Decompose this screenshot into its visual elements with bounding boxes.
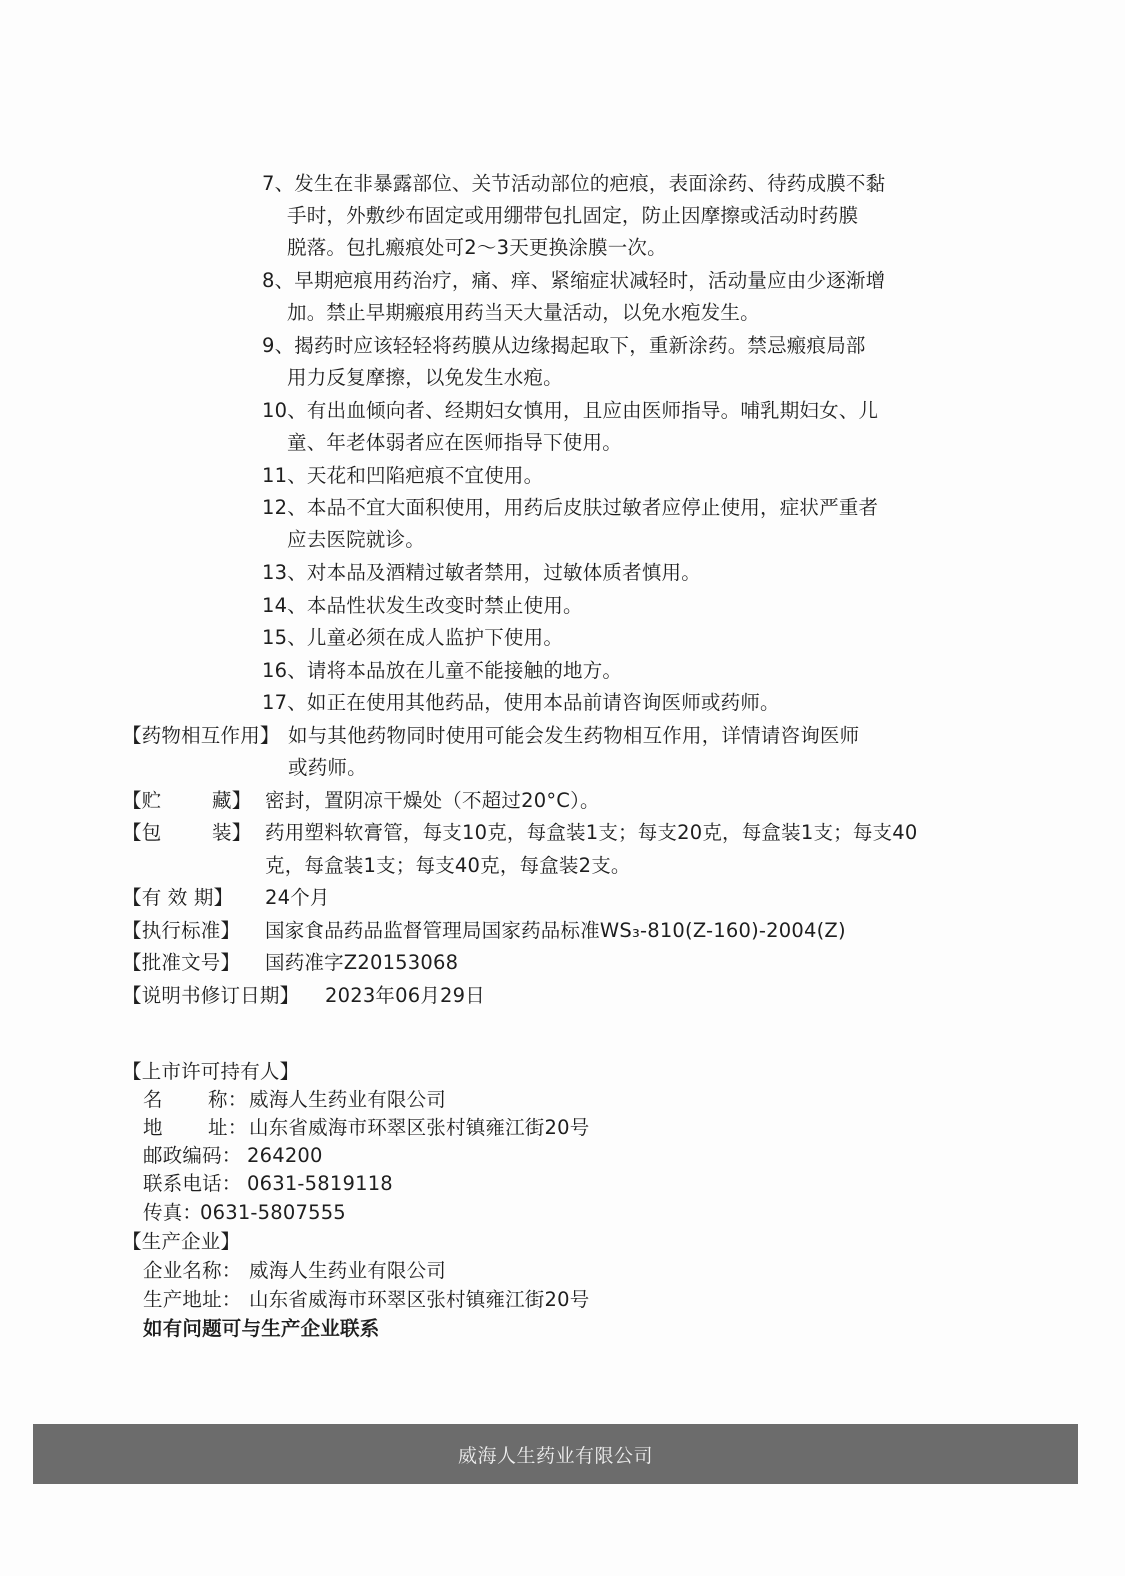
package-text-line-1: 药用塑料软膏管，每支10克，每盒装1支；每支20克，每盒装1支；每支40 [265, 817, 917, 849]
precaution-item-7-line-3: 脱落。包扎瘢痕处可2～3天更换涂膜一次。 [287, 232, 667, 264]
precaution-item-8-line-1: 8、早期疤痕用药治疗，痛、痒、紧缩症状减轻时，活动量应由少逐渐增 [262, 265, 885, 297]
precaution-item-14: 14、本品性状发生改变时禁止使用。 [262, 590, 583, 622]
footer-bar: 威海人生药业有限公司 [33, 1424, 1078, 1484]
interactions-label: 【药物相互作用】 [122, 720, 280, 752]
manufacturer-address-label: 生产地址： [143, 1284, 242, 1316]
holder-fax: 0631-5807555 [200, 1197, 346, 1229]
precaution-item-9-line-2: 用力反复摩擦，以免发生水疱。 [287, 362, 563, 394]
precaution-item-13: 13、对本品及酒精过敏者禁用，过敏体质者慎用。 [262, 557, 701, 589]
manufacturer-name-label: 企业名称： [143, 1255, 242, 1287]
precaution-item-12-line-1: 12、本品不宜大面积使用，用药后皮肤过敏者应停止使用，症状严重者 [262, 492, 878, 524]
manufacturer-heading: 【生产企业】 [122, 1226, 240, 1258]
storage-text: 密封，置阴凉干燥处（不超过20°C）。 [265, 785, 600, 817]
precaution-item-12-line-2: 应去医院就诊。 [287, 524, 425, 556]
manufacturer-contact-note: 如有问题可与生产企业联系 [143, 1313, 379, 1345]
precaution-item-7-line-2: 手时，外敷纱布固定或用绷带包扎固定，防止因摩擦或活动时药膜 [287, 200, 858, 232]
standard-label: 【执行标准】 [122, 915, 240, 947]
leaflet-page: 7、发生在非暴露部位、关节活动部位的疤痕，表面涂药、待药成膜不黏 手时，外敷纱布… [0, 0, 1125, 1576]
precaution-item-8-line-2: 加。禁止早期瘢痕用药当天大量活动，以免水疱发生。 [287, 297, 760, 329]
precaution-item-11: 11、天花和凹陷疤痕不宜使用。 [262, 460, 543, 492]
package-label-left: 【包 [122, 817, 161, 849]
revision-label: 【说明书修订日期】 [122, 980, 299, 1012]
manufacturer-name: 威海人生药业有限公司 [249, 1255, 446, 1287]
standard-text: 国家食品药品监督管理局国家药品标准WS₃-810(Z-160)-2004(Z) [265, 915, 846, 947]
package-label-right: 装】 [212, 817, 251, 849]
holder-fax-label: 传真： [143, 1197, 202, 1229]
manufacturer-address: 山东省威海市环翠区张村镇雍江街20号 [249, 1284, 589, 1316]
precaution-item-7-line-1: 7、发生在非暴露部位、关节活动部位的疤痕，表面涂药、待药成膜不黏 [262, 168, 885, 200]
holder-phone-label: 联系电话： [143, 1168, 242, 1200]
precaution-item-10-line-2: 童、年老体弱者应在医师指导下使用。 [287, 427, 622, 459]
approval-label: 【批准文号】 [122, 947, 240, 979]
precaution-item-16: 16、请将本品放在儿童不能接触的地方。 [262, 655, 622, 687]
storage-label-right: 藏】 [212, 785, 251, 817]
holder-phone: 0631-5819118 [247, 1168, 393, 1200]
package-text-line-2: 克，每盒装1支；每支40克，每盒装2支。 [265, 850, 631, 882]
revision-date: 2023年06月29日 [325, 980, 485, 1012]
precaution-item-17: 17、如正在使用其他药品，使用本品前请咨询医师或药师。 [262, 687, 780, 719]
precaution-item-10-line-1: 10、有出血倾向者、经期妇女慎用，且应由医师指导。哺乳期妇女、儿 [262, 395, 878, 427]
footer-company-name: 威海人生药业有限公司 [458, 1441, 653, 1468]
shelf-life-label: 【有 效 期】 [122, 882, 233, 914]
interactions-text-line-2: 或药师。 [288, 752, 367, 784]
storage-label-left: 【贮 [122, 785, 161, 817]
interactions-text-line-1: 如与其他药物同时使用可能会发生药物相互作用，详情请咨询医师 [288, 720, 859, 752]
shelf-life-text: 24个月 [265, 882, 330, 914]
precaution-item-15: 15、儿童必须在成人监护下使用。 [262, 622, 563, 654]
approval-text: 国药准字Z20153068 [265, 947, 458, 979]
precaution-item-9-line-1: 9、揭药时应该轻轻将药膜从边缘揭起取下，重新涂药。禁忌瘢痕局部 [262, 330, 866, 362]
